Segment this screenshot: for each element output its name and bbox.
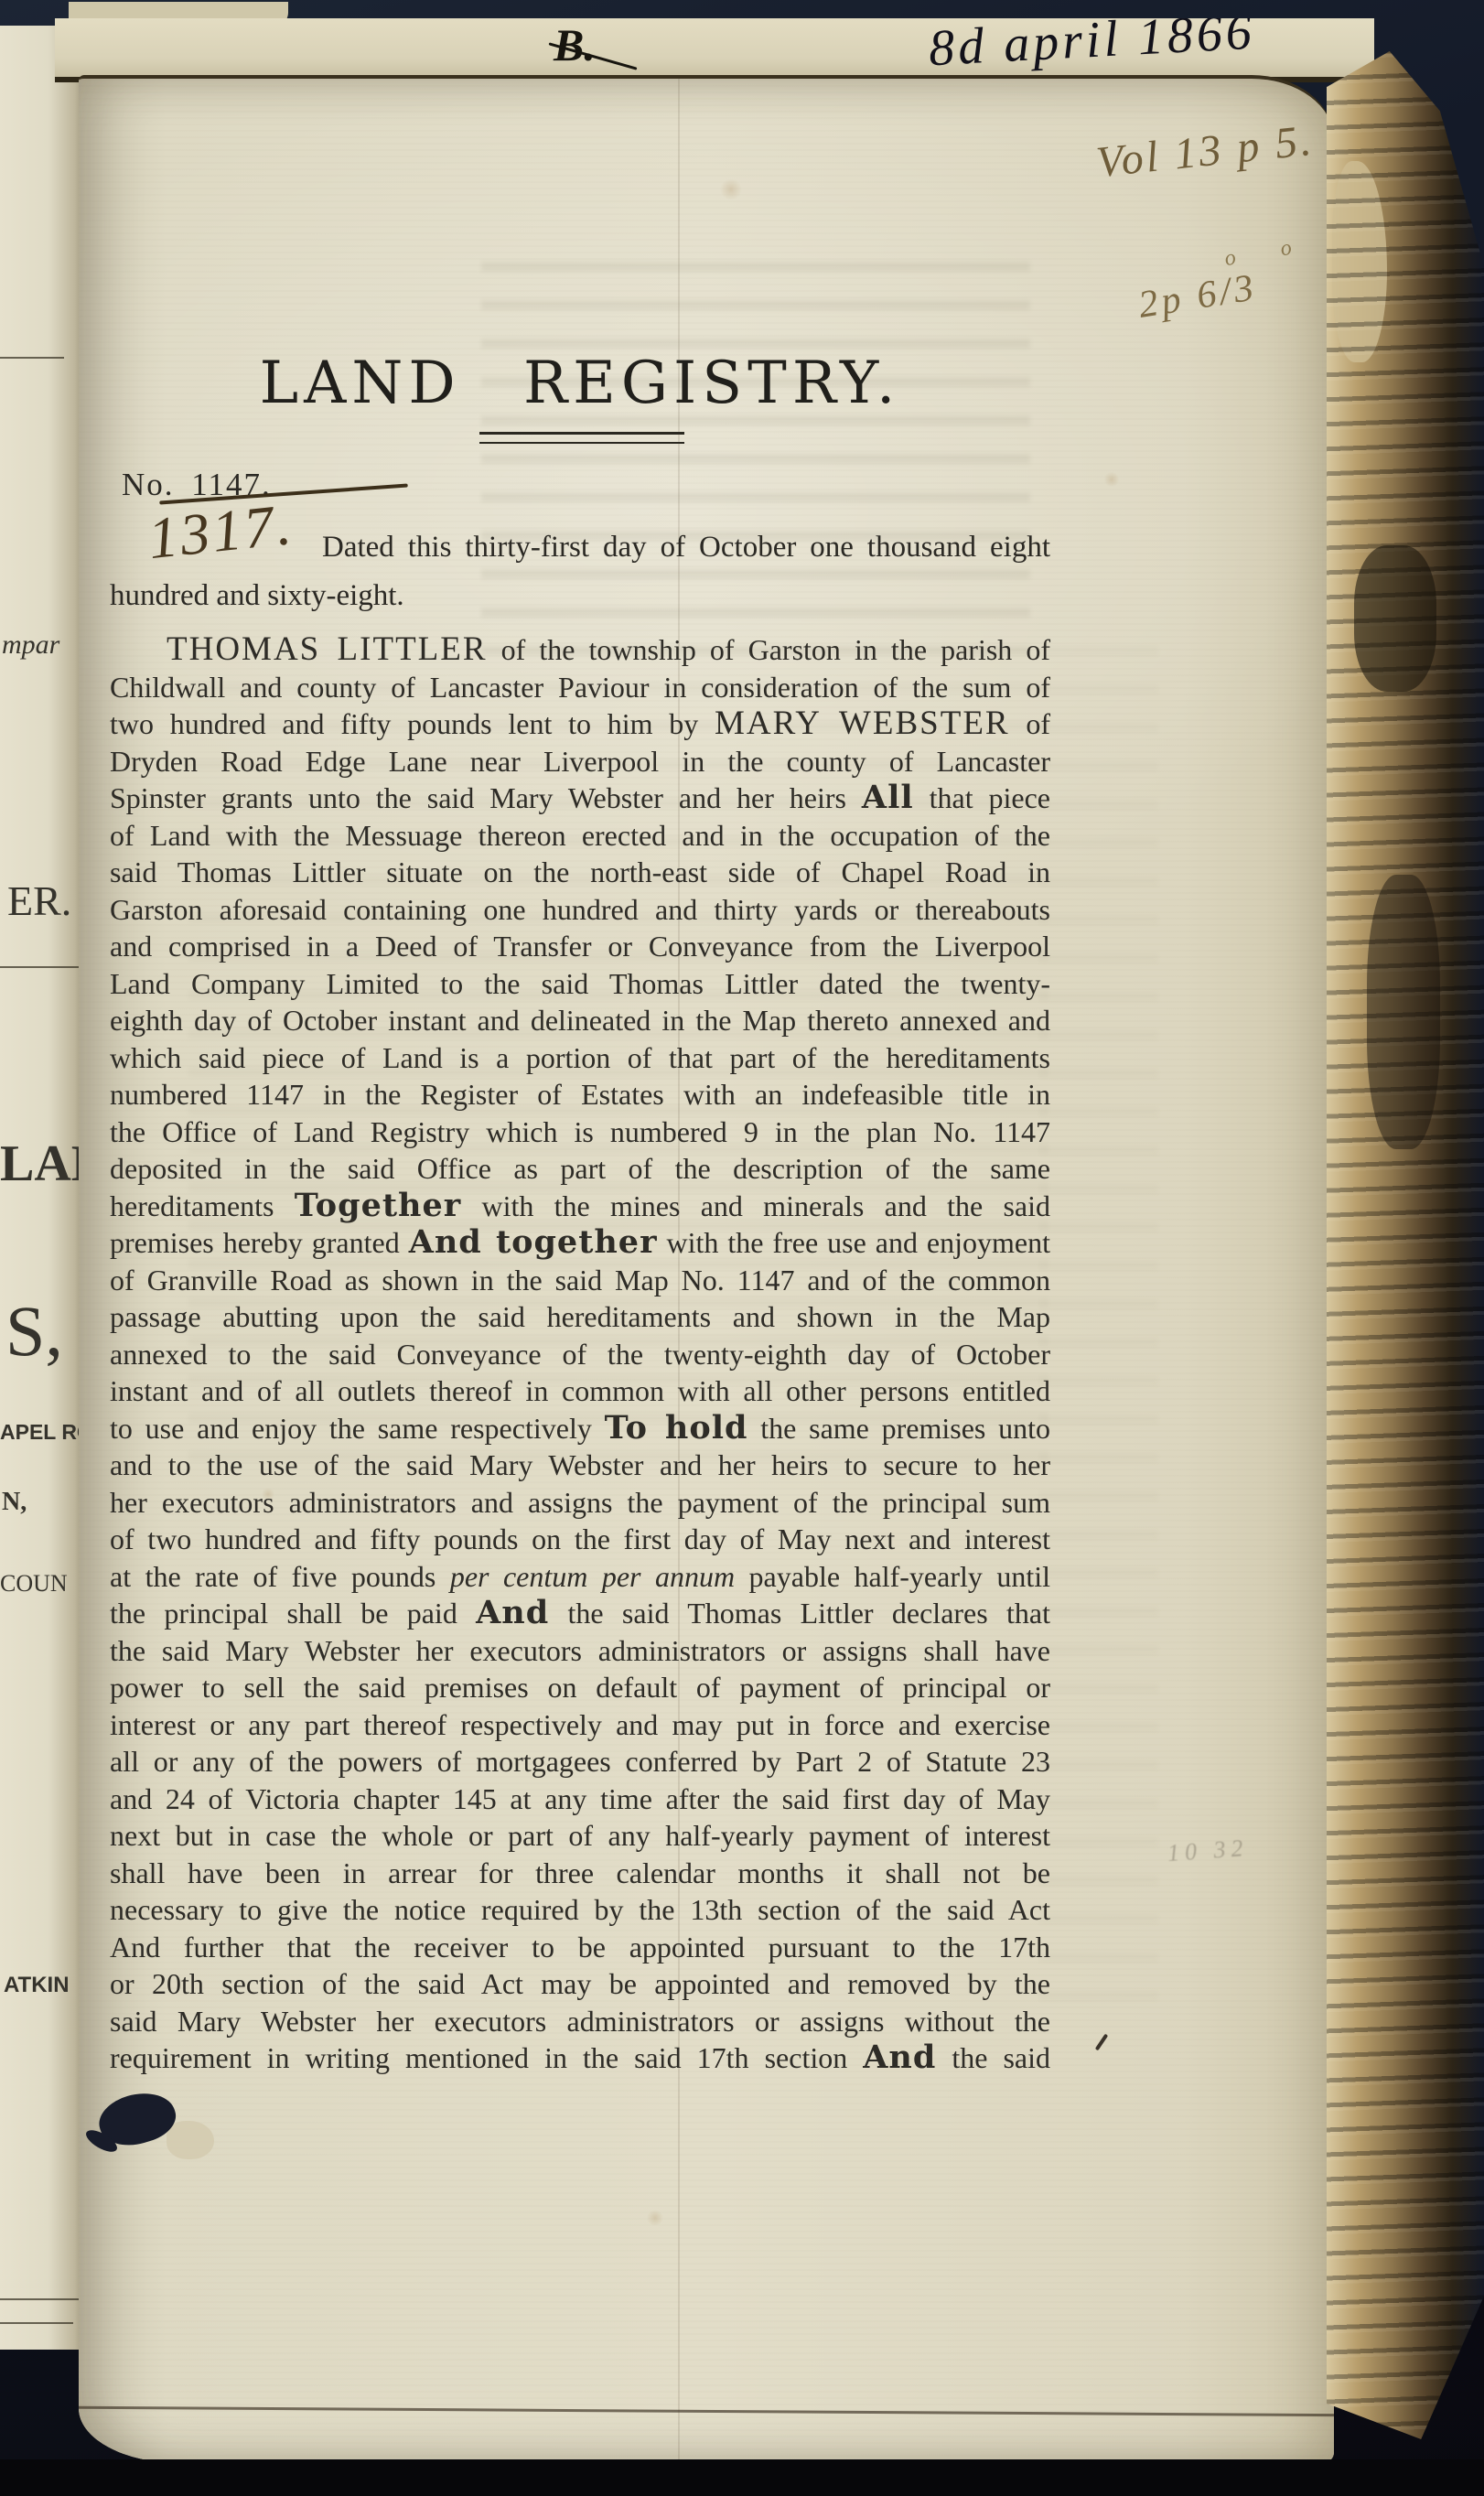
body-text-line: instant and of all outlets thereof in co… (110, 1372, 1050, 1410)
binding-shadow (1367, 875, 1440, 1149)
left-page-fragment: ER. (7, 877, 71, 925)
page-edges-stack (1327, 51, 1484, 2439)
body-text-line: annexed to the said Conveyance of the tw… (110, 1336, 1050, 1373)
page-edge-streaks (1327, 51, 1484, 2439)
body-text-line: Land Company Limited to the said Thomas … (110, 965, 1050, 1003)
body-text-line: Dryden Road Edge Lane near Liverpool in … (110, 743, 1050, 780)
body-text-line: the Office of Land Registry which is num… (110, 1114, 1050, 1151)
left-page-fragment: ATKIN (4, 1973, 70, 1998)
body-text-line: Garston aforesaid containing one hundred… (110, 891, 1050, 929)
body-text-line: and 24 of Victoria chapter 145 at any ti… (110, 1781, 1050, 1818)
body-text-line: deposited in the said Office as part of … (110, 1150, 1050, 1188)
body-text-line: Spinster grants unto the said Mary Webst… (110, 780, 1050, 817)
document-page: Vol 13 p 5. o o 2p 6/3 LAND REGISTRY. No… (79, 75, 1334, 2463)
body-text-line: THOMAS LITTLER of the township of Garsto… (110, 631, 1050, 669)
binding-shadow (1354, 545, 1436, 692)
left-page-edge: mpar ER. LAN S, APEL RO N, COUN ATKIN (0, 26, 88, 2350)
left-page-fragment: APEL RO (0, 1420, 88, 1445)
body-text-line: all or any of the powers of mortgagees c… (110, 1743, 1050, 1781)
showthrough-text (1039, 646, 1158, 2018)
pen-mark (1095, 2034, 1109, 2051)
left-page-rule (0, 357, 64, 359)
faint-pencil-note: 10 32 (1167, 1834, 1249, 1867)
body-text-line: hereditaments Together with the mines an… (110, 1188, 1050, 1225)
body-text-line: next but in case the whole or part of an… (110, 1817, 1050, 1855)
body-text-line: Childwall and county of Lancaster Paviou… (110, 669, 1050, 706)
page-title: LAND REGISTRY. (110, 350, 1050, 417)
foxing-spot (646, 2211, 664, 2225)
left-page-fragment: mpar (2, 629, 59, 661)
body-text-line: and comprised in a Deed of Transfer or C… (110, 928, 1050, 965)
body-text-line: her executors administrators and assigns… (110, 1484, 1050, 1522)
body-text-line: premises hereby granted And together wit… (110, 1224, 1050, 1262)
body-text-line: of Land with the Messuage thereon erecte… (110, 817, 1050, 855)
deed-body-text: THOMAS LITTLER of the township of Garsto… (110, 631, 1050, 2077)
body-text-line: requirement in writing mentioned in the … (110, 2039, 1050, 2077)
left-page-rule (0, 966, 84, 968)
body-text-line: of two hundred and fifty pounds on the f… (110, 1521, 1050, 1558)
page-crease (79, 2406, 1334, 2417)
body-text-line: and to the use of the said Mary Webster … (110, 1447, 1050, 1484)
gutter-shadow-bottom (0, 2459, 1484, 2496)
body-text-line: the principal shall be paid And the said… (110, 1595, 1050, 1632)
body-text-line: of Granville Road as shown in the said M… (110, 1262, 1050, 1299)
dated-clause: Dated this thirty-first day of October o… (110, 523, 1050, 620)
body-text-line: eighth day of October instant and deline… (110, 1002, 1050, 1039)
left-page-fragment: COUN (0, 1570, 68, 1598)
handwritten-date: 8d april 1866 (928, 18, 1257, 78)
title-rule (479, 432, 684, 444)
handwritten-fee-note: 2p 6/3 (1135, 265, 1260, 328)
body-text-line: said Mary Webster her executors administ… (110, 2003, 1050, 2040)
body-text-line: And further that the receiver to be appo… (110, 1929, 1050, 1966)
paper-damage-patch (167, 2121, 214, 2159)
body-text-line: which said piece of Land is a portion of… (110, 1039, 1050, 1077)
left-page-fragment: S, (5, 1290, 63, 1372)
body-text-line: power to sell the said premises on defau… (110, 1669, 1050, 1706)
foxing-spot (1103, 472, 1120, 487)
body-text-line: shall have been in arrear for three cale… (110, 1855, 1050, 1892)
body-text-line: at the rate of five pounds per centum pe… (110, 1558, 1050, 1596)
left-page-rule (0, 2298, 81, 2300)
body-text-line: or 20th section of the said Act may be a… (110, 1965, 1050, 2003)
body-text-line: two hundred and fifty pounds lent to him… (110, 705, 1050, 743)
bound-volume-photo: mpar ER. LAN S, APEL RO N, COUN ATKIN B.… (0, 0, 1484, 2496)
body-text-line: the said Mary Webster her executors admi… (110, 1632, 1050, 1670)
left-page-fragment: LAN (0, 1135, 88, 1193)
left-page-fragment: N, (2, 1488, 27, 1517)
body-text-line: necessary to give the notice required by… (110, 1891, 1050, 1929)
dated-clause-line: Dated this thirty-first day of October o… (110, 523, 1050, 572)
foxing-spot (719, 179, 743, 199)
left-page-rule (0, 2322, 73, 2324)
body-text-line: numbered 1147 in the Register of Estates… (110, 1076, 1050, 1114)
body-text-line: interest or any part thereof respectivel… (110, 1706, 1050, 1744)
dated-clause-line: hundred and sixty-eight. (110, 572, 1050, 620)
underlying-page-top-edge: B. 8d april 1866 (55, 18, 1374, 82)
body-text-line: to use and enjoy the same respectively T… (110, 1410, 1050, 1447)
body-text-line: said Thomas Littler situate on the north… (110, 854, 1050, 891)
handwritten-volume-reference: Vol 13 p 5. (1094, 115, 1317, 188)
body-text-line: passage abutting upon the said hereditam… (110, 1298, 1050, 1336)
handwritten-dots: o o (1222, 232, 1313, 272)
